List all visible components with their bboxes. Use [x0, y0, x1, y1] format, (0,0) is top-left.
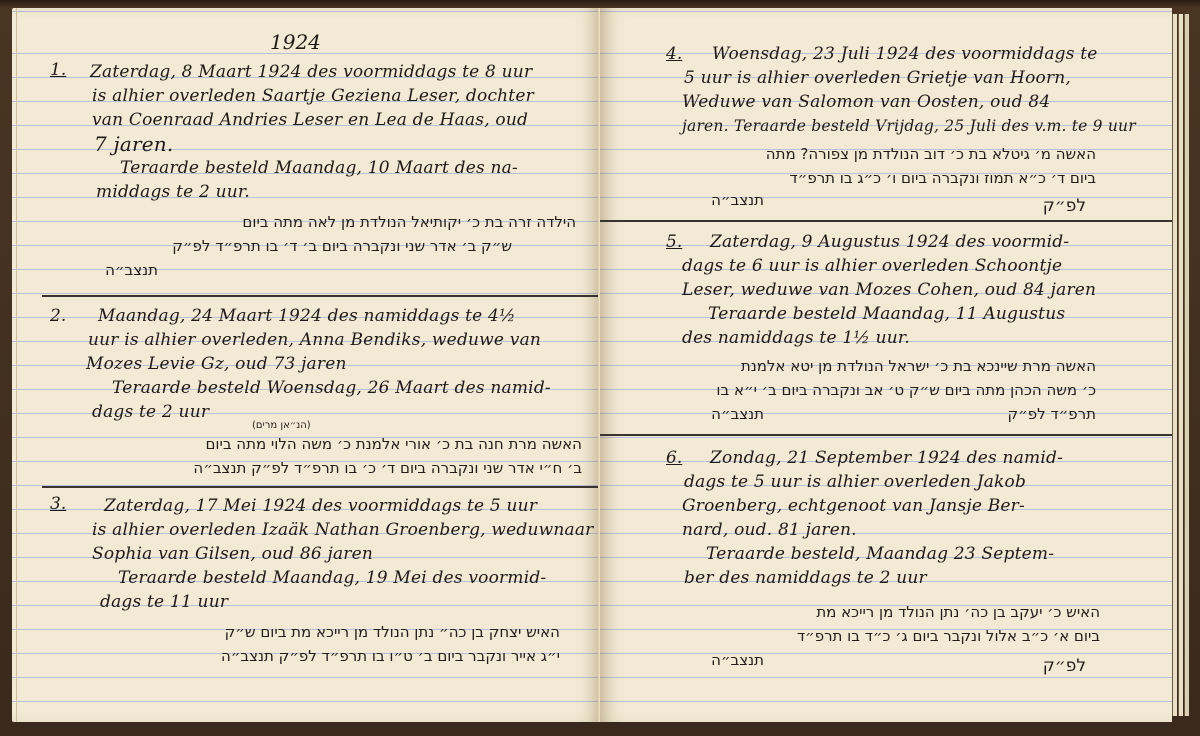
entry-line: nard, oud. 81 jaren.: [682, 518, 857, 542]
entry-line: Teraarde besteld Maandag, 11 Augustus: [708, 302, 1065, 326]
hebrew-line: האיש כ׳ יעקב בן כה׳ נתן הנולד מן רייכא מ…: [816, 600, 1100, 624]
entry-line: Groenberg, echtgenoot van Jansje Ber-: [682, 494, 1025, 518]
entry-line: Teraarde besteld, Maandag 23 Septem-: [706, 542, 1054, 566]
hebrew-line: הילדה זרה בת כ׳ יקותיאל הנולדת מן לאה מת…: [242, 210, 576, 234]
entry-line: ber des namiddags te 2 uur: [684, 566, 927, 590]
hebrew-line: לפ״ק: [1043, 654, 1086, 678]
hebrew-line: ביום ד׳ כ״א תמוז ונקברה ביום ו׳ כ״ג בו ת…: [789, 166, 1096, 190]
page-edge: [1172, 14, 1177, 716]
page-edge: [1178, 14, 1183, 716]
entry-line: dags te 6 uur is alhier overleden Schoon…: [682, 254, 1062, 278]
hebrew-line: האשה מרת שיינכא בת כ׳ ישראל הנולדת מן יט…: [741, 354, 1096, 378]
left-page: 1924 1. Zaterdag, 8 Maart 1924 des voorm…: [12, 8, 600, 722]
hebrew-line: ב׳ ח״י אדר שני ונקברה ביום ד׳ כ׳ בו תרפ״…: [193, 456, 582, 480]
hebrew-line: ש״ק ב׳ אדר שני ונקברה ביום ב׳ ד׳ בו תרפ״…: [172, 234, 512, 258]
ledger-book: 1924 1. Zaterdag, 8 Maart 1924 des voorm…: [0, 0, 1200, 736]
entry-line: is alhier overleden Saartje Geziena Lese…: [92, 84, 534, 108]
entry-line: Teraarde besteld Maandag, 10 Maart des n…: [120, 156, 518, 180]
entry-line: 7 jaren.: [94, 132, 173, 156]
entry-line: van Coenraad Andries Leser en Lea de Haa…: [92, 108, 528, 132]
entry-line: Maandag, 24 Maart 1924 des namiddags te …: [98, 304, 516, 328]
entry-number: 2.: [50, 304, 66, 328]
hebrew-line: כ׳ משה הכהן מתה ביום ש״ק ט׳ אב ונקברה בי…: [716, 378, 1096, 402]
hebrew-line: תנצב״ה: [105, 258, 158, 282]
entry-number: 1.: [50, 58, 66, 82]
entry-line: 5 uur is alhier overleden Grietje van Ho…: [684, 66, 1071, 90]
entry-number: 4.: [666, 42, 682, 66]
entry-line: Sophia van Gilsen, oud 86 jaren: [92, 542, 373, 566]
entry-line: dags te 11 uur: [100, 590, 228, 614]
page-edge: [1184, 14, 1189, 716]
hebrew-line: תנצב״ה: [711, 402, 764, 426]
entry-line: Mozes Levie Gz, oud 73 jaren: [86, 352, 347, 376]
year-heading: 1924: [270, 30, 321, 54]
entry-line: jaren. Teraarde besteld Vrijdag, 25 Juli…: [682, 114, 1136, 138]
hebrew-line: תרפ״ד לפ״ק: [1007, 402, 1096, 426]
hebrew-line: לפ״ק: [1043, 194, 1086, 218]
hebrew-annotation: (הנ״אן מרים): [252, 420, 311, 431]
entry-line: Zaterdag, 9 Augustus 1924 des voormid-: [710, 230, 1069, 254]
entry-line: Zaterdag, 8 Maart 1924 des voormiddags t…: [90, 60, 532, 84]
entry-line: Woensdag, 23 Juli 1924 des voormiddags t…: [712, 42, 1098, 66]
hebrew-line: י״ג אייר ונקבר ביום ב׳ ט״ו בו תרפ״ד לפ״ק…: [221, 644, 560, 668]
entry-line: Teraarde besteld Woensdag, 26 Maart des …: [112, 376, 551, 400]
hebrew-line: האשה מרת חנה בת כ׳ אורי אלמנת כ׳ משה הלו…: [205, 432, 582, 456]
entry-line: Teraarde besteld Maandag, 19 Mei des voo…: [118, 566, 546, 590]
entry-line: Zaterdag, 17 Mei 1924 des voormiddags te…: [104, 494, 537, 518]
entry-divider: [600, 220, 1172, 222]
entry-line: Leser, weduwe van Mozes Cohen, oud 84 ja…: [682, 278, 1096, 302]
entry-divider: [600, 434, 1172, 436]
entry-line: uur is alhier overleden, Anna Bendiks, w…: [88, 328, 541, 352]
hebrew-line: תנצב״ה: [711, 188, 764, 212]
entry-line: dags te 5 uur is alhier overleden Jakob: [684, 470, 1026, 494]
entry-line: des namiddags te 1½ uur.: [682, 326, 910, 350]
entry-line: Weduwe van Salomon van Oosten, oud 84: [682, 90, 1050, 114]
hebrew-line: האשה מ׳ גיטלא בת כ׳ דוב הנולדת מן צפורה?…: [766, 142, 1096, 166]
right-page: 4. Woensdag, 23 Juli 1924 des voormiddag…: [600, 8, 1172, 722]
entry-divider: [42, 486, 600, 488]
entry-number: 6.: [666, 446, 682, 470]
entry-line: is alhier overleden Izaäk Nathan Groenbe…: [92, 518, 600, 542]
entry-number: 5.: [666, 230, 682, 254]
entry-line: Zondag, 21 September 1924 des namid-: [710, 446, 1063, 470]
entry-line: dags te 2 uur: [92, 400, 209, 424]
entry-divider: [42, 295, 600, 297]
entry-number: 3.: [50, 492, 66, 516]
entry-line: middags te 2 uur.: [96, 180, 250, 204]
hebrew-line: האיש יצחק בן כה״ נתן הנולד מן רייכא מת ב…: [225, 620, 560, 644]
hebrew-line: ביום א׳ כ״ב אלול ונקבר ביום ג׳ כ״ד בו תר…: [797, 624, 1100, 648]
hebrew-line: תנצב״ה: [711, 648, 764, 672]
